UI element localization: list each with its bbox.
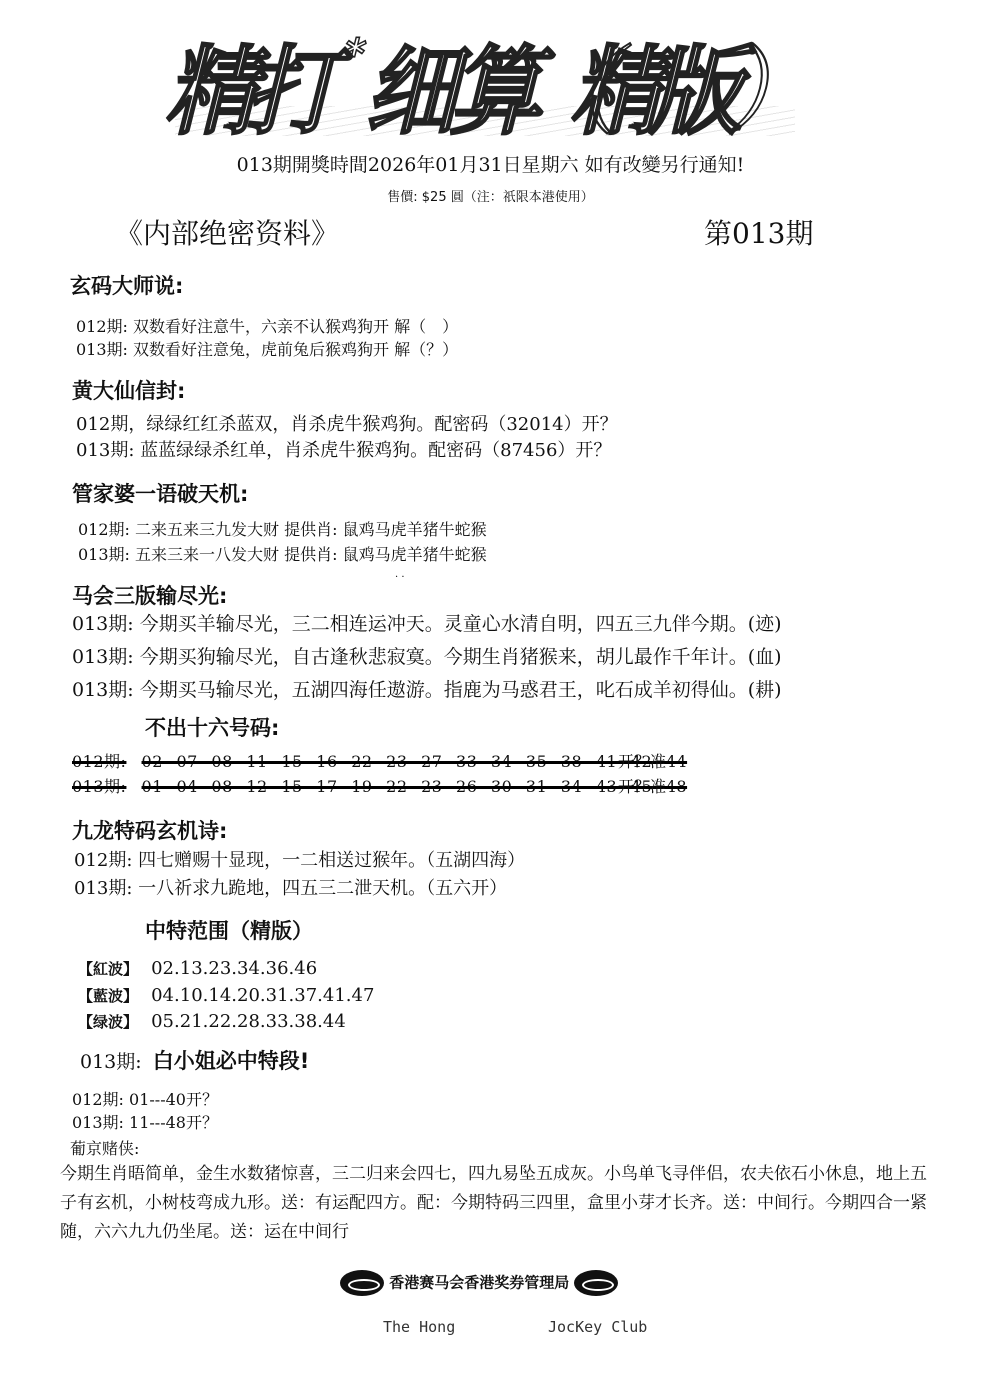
section-heading-pujing: 葡京赌侠: — [70, 1136, 139, 1159]
document-title: 《内部绝密资料》 — [115, 212, 339, 252]
wave-row-blue: 【藍波】 04.10.14.20.31.37.41.47 — [78, 985, 374, 1006]
section-heading-jiulong: 九龙特码玄机诗: — [72, 815, 227, 845]
draw-time-notice: 013期開獎時間2026年01月31日星期六 如有改變另行通知! — [0, 150, 981, 177]
buchu-result: 开？准 — [618, 774, 666, 797]
price-note: 售價: $25 圓（注：祇限本港使用） — [0, 186, 981, 205]
footer-org: 香港赛马会香港奖券管理局 — [340, 1270, 618, 1296]
issue-number: 第013期 — [704, 212, 813, 252]
wave-tag: 【绿波】 — [78, 1013, 138, 1031]
wave-numbers: 05.21.22.28.33.38.44 — [151, 1011, 346, 1032]
struck-numbers: 02 07 08 11 15 16 22 23 27 33 34 35 38 4… — [142, 752, 688, 771]
stylized-title: 精 打 * 细 算 （ 精 版 ） — [175, 18, 815, 138]
section-heading-guanjiapo: 管家婆一语破天机: — [72, 478, 248, 508]
baixiaojie-line: 013期: 11---48开？ — [72, 1110, 218, 1133]
baixiaojie-line: 012期: 01---40开？ — [72, 1087, 218, 1110]
buchu-row: 013期: 01 04 08 12 15 17 19 22 23 26 30 3… — [72, 774, 687, 797]
section-heading-buchu: 不出十六号码: — [145, 712, 279, 742]
jockey-club-emblem-icon — [340, 1270, 384, 1296]
wave-numbers: 04.10.14.20.31.37.41.47 — [151, 985, 374, 1006]
pujing-poem: 今期生肖晤简单，金生水数猪惊喜，三二归来会四七，四九易坠五成灰。小鸟单飞寻伴侣，… — [60, 1160, 930, 1247]
buchu-row: 012期: 02 07 08 11 15 16 22 23 27 33 34 3… — [72, 749, 687, 772]
wave-numbers: 02.13.23.34.36.46 — [151, 958, 317, 979]
section-heading-fanwei: 中特范围（精版） — [145, 915, 313, 945]
huangdaxian-line: 012期，绿绿红红杀蓝双，肖杀虎牛猴鸡狗。配密码（32014）开？ — [76, 410, 618, 436]
baixiaojie-heading-row: 013期: 白小姐必中特段! — [80, 1045, 309, 1075]
wave-tag: 【藍波】 — [78, 987, 138, 1005]
struck-numbers: 01 04 08 12 15 17 19 22 23 26 30 31 34 4… — [142, 777, 688, 796]
mahui-line: 013期: 今期买羊输尽光，三二相连运冲天。灵童心水清自明，四五三九伴今期。(迹… — [72, 609, 782, 636]
xuanma-line: 013期: 双数看好注意兔，虎前兔后猴鸡狗开 解（？） — [76, 337, 458, 360]
period-label: 013期: — [80, 1051, 142, 1073]
footer-org-cn: 香港赛马会香港奖券管理局 — [389, 1274, 569, 1292]
mahui-line: 013期: 今期买狗输尽光，自古逢秋悲寂寞。今期生肖猪猴来，胡儿最作千年计。(血… — [72, 642, 782, 669]
stray-dots: · · — [395, 572, 405, 583]
jiulong-line: 013期: 一八祈求九跪地，四五三二泄天机。（五六开） — [74, 874, 507, 900]
wave-tag: 【紅波】 — [78, 960, 138, 978]
jockey-club-emblem-icon — [574, 1270, 618, 1296]
buchu-result: 开？准 — [618, 749, 666, 772]
guanjiapo-line: 012期: 二来五来三九发大财 提供肖: 鼠鸡马虎羊猪牛蛇猴 — [78, 517, 487, 540]
jiulong-line: 012期: 四七赠赐十显现，一二相送过猴年。（五湖四海） — [74, 846, 525, 872]
struck-period: 012期: — [72, 752, 126, 771]
section-heading-baixiaojie: 白小姐必中特段! — [153, 1049, 310, 1073]
section-heading-huangdaxian: 黄大仙信封: — [72, 375, 185, 405]
struck-period: 013期: — [72, 777, 126, 796]
footer-org-en-right: JocKey Club — [548, 1318, 647, 1336]
section-heading-mahui: 马会三版输尽光: — [72, 580, 227, 610]
footer-org-en-left: The Hong — [383, 1318, 455, 1336]
huangdaxian-line: 013期: 蓝蓝绿绿杀红单，肖杀虎牛猴鸡狗。配密码（87456）开？ — [76, 436, 611, 462]
wave-row-green: 【绿波】 05.21.22.28.33.38.44 — [78, 1011, 346, 1032]
wave-row-red: 【紅波】 02.13.23.34.36.46 — [78, 958, 317, 979]
guanjiapo-line: 013期: 五来三来一八发大财 提供肖: 鼠鸡马虎羊猪牛蛇猴 — [78, 542, 487, 565]
section-heading-xuanma: 玄码大师说: — [70, 270, 183, 300]
xuanma-line: 012期: 双数看好注意牛，六亲不认猴鸡狗开 解（ ） — [76, 314, 458, 337]
mahui-line: 013期: 今期买马输尽光，五湖四海任遨游。指鹿为马惑君王，叱石成羊初得仙。(耕… — [72, 675, 782, 702]
